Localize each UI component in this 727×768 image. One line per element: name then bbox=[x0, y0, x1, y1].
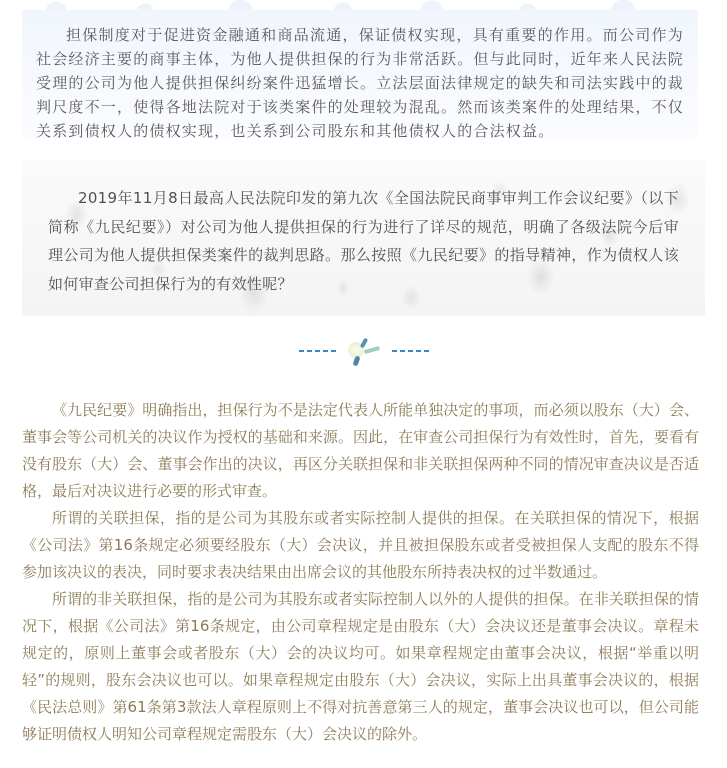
divider-dashes-right bbox=[392, 350, 429, 352]
intro-card: 担保制度对于促进资金融通和商品流通，保证债权实现，具有重要的作用。而公司作为社会… bbox=[22, 10, 698, 138]
body-section: 《九民纪要》明确指出，担保行为不是法定代表人所能单独决定的事项，而必须以股东（大… bbox=[22, 397, 699, 748]
body-paragraph-related-guarantee: 所谓的关联担保，指的是公司为其股东或者实际控制人提供的担保。在关联担保的情况下，… bbox=[22, 505, 699, 586]
intro-paragraph: 担保制度对于促进资金融通和商品流通，保证债权实现，具有重要的作用。而公司作为社会… bbox=[36, 23, 684, 143]
article-page: 担保制度对于促进资金融通和商品流通，保证债权实现，具有重要的作用。而公司作为社会… bbox=[0, 0, 727, 768]
notice-section: 2019年11月8日最高人民法院印发的第九次《全国法院民商事审判工作会议纪要》（… bbox=[22, 160, 705, 316]
divider-dashes-left bbox=[299, 350, 336, 352]
body-paragraph-decision-requirement: 《九民纪要》明确指出，担保行为不是法定代表人所能单独决定的事项，而必须以股东（大… bbox=[22, 397, 699, 505]
flower-icon bbox=[344, 336, 384, 366]
intro-section: 担保制度对于促进资金融通和商品流通，保证债权实现，具有重要的作用。而公司作为社会… bbox=[0, 0, 727, 140]
body-paragraph-nonrelated-guarantee: 所谓的非关联担保，指的是公司为其股东或者实际控制人以外的人提供的担保。在非关联担… bbox=[22, 586, 699, 748]
notice-paragraph: 2019年11月8日最高人民法院印发的第九次《全国法院民商事审判工作会议纪要》（… bbox=[48, 184, 679, 298]
section-divider bbox=[0, 338, 727, 364]
